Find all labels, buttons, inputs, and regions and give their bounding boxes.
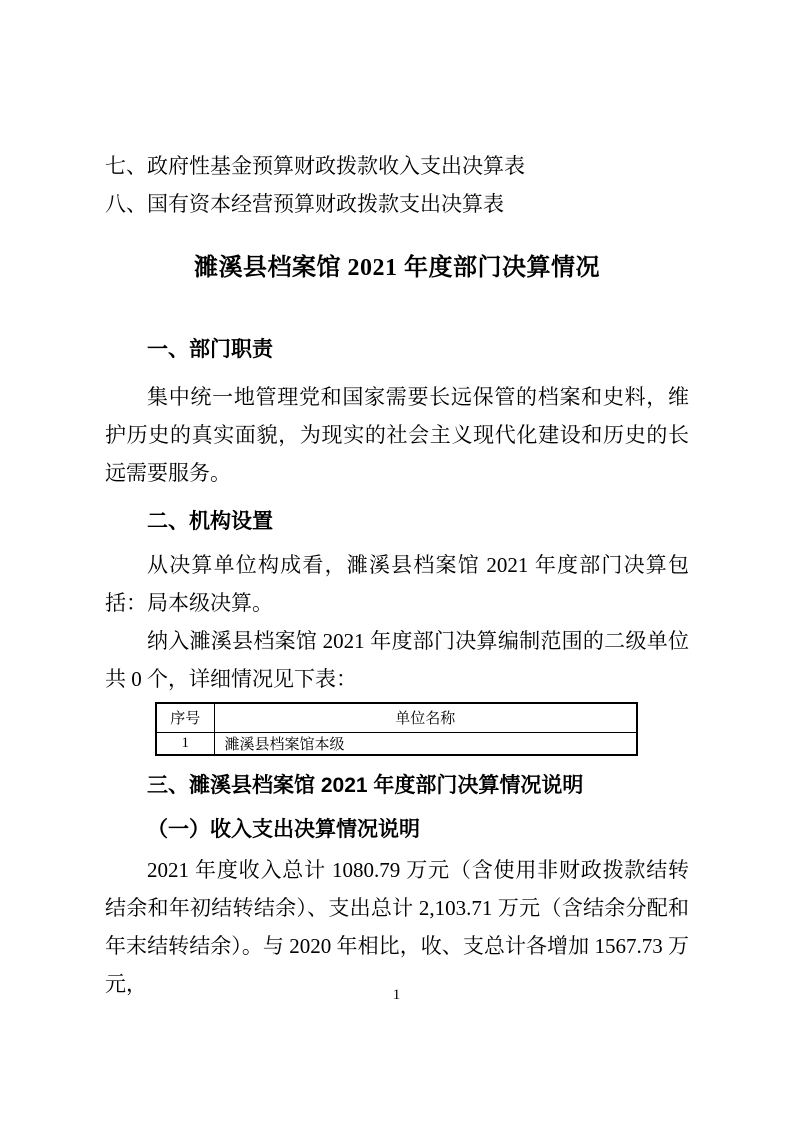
units-table-header-unit-name: 单位名称 [214,703,637,732]
document-page: 七、政府性基金预算财政拨款收入支出决算表 八、国有资本经营预算财政拨款支出决算表… [0,0,793,1122]
page-content: 七、政府性基金预算财政拨款收入支出决算表 八、国有资本经营预算财政拨款支出决算表… [105,0,689,1003]
page-number: 1 [0,986,793,1004]
section-1-paragraph: 集中统一地管理党和国家需要长远保管的档案和史料，维护历史的真实面貌，为现实的社会… [105,378,689,492]
section-2-heading: 二、机构设置 [105,508,689,536]
units-table-header-row: 序号 单位名称 [156,703,637,732]
section-1-heading: 一、部门职责 [105,336,689,364]
document-title: 濉溪县档案馆 2021 年度部门决算情况 [105,252,689,284]
toc-item-7: 七、政府性基金预算财政拨款收入支出决算表 [105,147,689,185]
toc-item-8: 八、国有资本经营预算财政拨款支出决算表 [105,185,689,223]
units-table-row: 1 濉溪县档案馆本级 [156,732,637,755]
units-table: 序号 单位名称 1 濉溪县档案馆本级 [155,702,638,756]
section-3-heading: 三、濉溪县档案馆 2021 年度部门决算情况说明 [105,772,689,800]
toc-list: 七、政府性基金预算财政拨款收入支出决算表 八、国有资本经营预算财政拨款支出决算表 [105,147,689,223]
section-3-subsection-1-heading: （一）收入支出决算情况说明 [105,816,689,844]
section-2-paragraph-1: 从决算单位构成看，濉溪县档案馆 2021 年度部门决算包括：局本级决算。 [105,546,689,622]
section-2-paragraph-2: 纳入濉溪县档案馆 2021 年度部门决算编制范围的二级单位共 0 个，详细情况见… [105,622,689,698]
units-table-cell-seq: 1 [156,732,214,755]
units-table-header-seq: 序号 [156,703,214,732]
section-3-paragraph: 2021 年度收入总计 1080.79 万元（含使用非财政拨款结转结余和年初结转… [105,851,689,1003]
units-table-cell-unit-name: 濉溪县档案馆本级 [214,732,637,755]
